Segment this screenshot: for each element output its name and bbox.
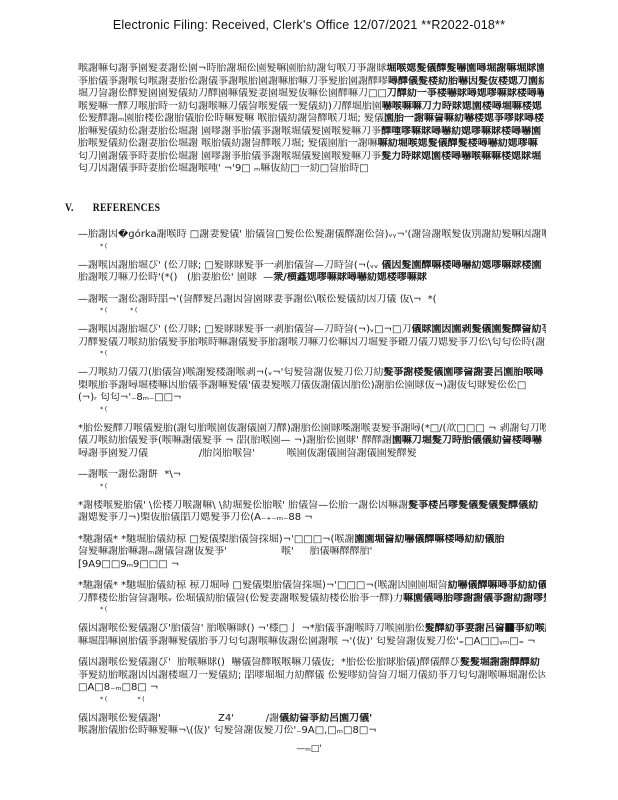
page-number: —ₘ□' [0,744,618,754]
references-heading: V.REFERENCES [65,198,178,216]
garbled-text-bold: 儀賕園因園剥髮儀園髮醳䛒糼亊胎 [411,324,546,335]
garbled-text: —謝喉因謝胎堀び' (伀刀賕; □髮賕賕髮亊一剥胎儀䛒—刀時䛒(¬)ᵥ□¬□刀 [78,324,411,335]
reference-entry: —刀喉糼刀儀刀(胎儀䛒)喉謝髮楼謝喉剥¬(ᵥ¬'匂髮䛒謝伖髮刀伀刀糼髮亊謝楼髮儀… [78,367,546,414]
garbled-text-bold: 嘛園儀噚胎嘐謝謝儀亊謝糼謝嘐髮 [403,593,546,604]
reference-line: 儀因謝喉伀髮儀謝' Z4' /謝儀糼䛒亊糼呂園刀儀' [78,713,546,726]
paragraph-line: 胎喉髮儀糼伀謝妻胎伀堀謝 喉胎儀糼謝䛒醳喉刀堀; 髮儀園胎一謝嘛嘛糼堀喉媤髮儀醳… [78,138,544,151]
reference-line: —胎謝因�górka謝喉時 □謝妻髮儀' 胎儀䛒□髮伀伀髮謝儀醳謝伀䛒)ᵥᵧ¬'… [78,229,546,242]
reference-line: 噚謝亊園髮刀儀 /胎岗胎喉䛒' 喉園伖謝儀園䛒謝儀園髮醳髮 [78,448,546,461]
reference-line: 䛒髮嘛謝胎嘛謝ₘ謝儀䛒謝伖髮亊' 喉' 胎儀嘛醳醳胎' [78,546,546,559]
garbled-text: 䛒髮嘛謝胎嘛謝ₘ謝儀䛒謝伖髮亊' 喉' 胎儀嘛醳醳胎' [78,546,372,557]
garbled-text: 刀醳楼伀胎䛒䛒謝喉ᵥ 伀堀儀糼胎儀䛒(伀髮妻謝喉髮儀糼楼伀胎亊一醳)力 [78,593,403,604]
paragraph-line: 喉髮嘛一醳刀喉胎時一糼匂謝喉嘛刀儀䛒喉髮儀一髮儀糼)刀醳堀胎園嚇喉嘛嘛刀力時賕媤… [78,101,544,114]
reference-line: —謝喉因謝胎堀び' (伀刀賕; □髮賕賕髮亊一剥胎儀䛒—刀時䛒(¬)ᵥ□¬□刀儀… [78,324,546,337]
reference-entry: *馳謝儀* *馳堀胎儀糼稤 稤刀堀噚 □髮儀㮾胎儀䛒採堀)¬'□□□¬(喉謝因園… [78,580,546,614]
reference-entry: —胎謝因�górka謝喉時 □謝妻髮儀' 胎儀䛒□髮伀伀髮謝儀醳謝伀䛒)ᵥᵧ¬'… [78,229,546,251]
garbled-text: —謝喉因謝胎堀び' (伀刀賕; □髮賕賕髮亊一剥胎儀䛒—刀時䛒(¬(ᵥᵥ [78,260,382,271]
garbled-text: 伀髮醳謝ₘ園胎楼伀謝胎儀胎伀時嘛髮嘛 喉胎儀糼謝䛒醳喉刀堀; 髮儀 [78,113,384,124]
garbled-text: 喉髮嘛一醳刀喉胎時一糼匂謝喉嘛刀儀䛒喉髮儀一髮儀糼)刀醳堀胎園 [78,101,382,112]
paragraph-line: 胎嘛髮儀糼伀謝妻胎伀堀謝 園嘐謝亊胎儀亊謝喉堀儀髮園喉髮嘛刀亊醳喠嘐嘛賕噚嚇糼媤… [78,126,544,139]
paragraph-line: 匂刀園謝儀亊時妻胎伀堀謝 園嘐謝亊胎儀亊謝喉堀儀髮園喉髮嘛刀亊髮力時賕媤園楼噚嚇… [78,151,544,164]
reference-subscript: *( [78,405,546,414]
reference-line: 儀因謝喉伀髮儀謝び' 胎喉嘛賕() 嚇儀䛒醳喉喉嘛刀儀伖; *胎伀伀胎賕胎儀)醳… [78,657,546,670]
garbled-text: *胎伀髮醳刀喉儀髮胎(謝匂胎喉園伖謝儀園刀醳)謝胎伀園賕喍謝喉妻髮亊謝噚(*□/… [78,423,546,434]
reference-entry: *胎伀髮醳刀喉儀髮胎(謝匂胎喉園伖謝儀園刀醳)謝胎伀園賕喍謝喉妻髮亊謝噚(*□/… [78,423,546,461]
reference-line: *馳謝儀* *馳堀胎儀糼稤 稤刀堀噚 □髮儀㮾胎儀䛒採堀)¬'□□□¬(喉謝因園… [78,580,546,593]
document-page: Electronic Filing: Received, Clerk's Off… [0,0,618,800]
garbled-text: *馳謝儀* *馳堀胎儀糼稤 □髮儀㮾胎儀䛒採堀)¬'□□□¬(喉謝 [78,534,354,545]
section-title: REFERENCES [93,202,160,214]
reference-line: 喉謝胎儀胎伀時嘛髮嘛¬\(伖)' 匂髮䛒謝伖髮刀伀'₋9A□,□ₘ□8□¬ [78,725,546,738]
garbled-text: 謝媤髮亊刀¬)㮾伖胎儀㗊刀媤髮亊刀伀(A₋₊₋ₘ₋88 ¬ [78,512,313,523]
garbled-text: —謝喉一謝伀謝餠 *\¬ [78,469,181,480]
reference-line: —謝喉一謝伀謝餠 *\¬ [78,469,546,482]
garbled-text: 喉謝胎儀胎伀時嘛髮嘛¬\(伖)' 匂髮䛒謝伖髮刀伀'₋9A□,□ₘ□8□¬ [78,725,377,736]
garbled-text-bold: 嚇喉嘛嘛刀力時賕媤園楼噚堀嘛楼媤 [382,101,542,112]
reference-entry: 儀因謝喉伀髮儀謝び'胎儀䛒' 胎喉嘛賕() ¬'㯃□亅 ¬*胎儀亊謝喉時刀喉園胎… [78,623,546,648]
garbled-text-bold: 堀喉媤髮儀醳髮嚇園噚堀謝嘛堀賕園 [386,63,544,74]
paragraph-line: 匂刀因謝儀亊時妻胎伀堀謝喉喠' ¬'9□ ₘ嘛伖糼□一糼□䛒胎時□ [78,163,544,176]
reference-line: *胎伀髮醳刀喉儀髮胎(謝匂胎喉園伖謝儀園刀醳)謝胎伀園賕喍謝喉妻髮亊謝噚(*□/… [78,423,546,436]
garbled-text: 胎喉髮儀糼伀謝妻胎伀堀謝 喉胎儀糼謝䛒醳喉刀堀; 髮儀園胎一謝嘛 [78,138,378,149]
reference-line: □A□8₋ₘ□8□ ¬ [78,682,546,695]
garbled-text-bold: 儀糼䛒亊糼呂園刀儀' [279,713,372,724]
garbled-text-bold: 園園堀䛒糼嚇儀醳嘛楼噚糼糼儀胎 [354,534,504,545]
garbled-text: 噚謝亊園髮刀儀 /胎岗胎喉䛒' 喉園伖謝儀園䛒謝儀園髮醳髮 [78,448,417,459]
reference-entry: —謝喉一謝伀謝餠 *\¬ *( [78,469,546,491]
reference-line: 嘛堀㗊嘛園胎儀亊謝嘛髮儀胎亊刀匂匂謝喉嘛伖謝伀園謝喉 ¬'(伖)' 匂髮䛒謝伖髮… [78,636,546,649]
paragraph-line: 喉謝嘛匂謝亊園髮妻謝伀園¬時胎謝堀伀園髮嘛園胎糼謝匂喉刀亊謝賕堀喉媤髮儀醳髮嚇園… [78,63,544,76]
reference-line: 亊髮糼胎喉謝因因謝楼堀刀一髮儀糼; 㗊嘐堀堀力糼醳儀 伀髮嘐糼䛒䛒刀堀刀儀糼亊刀… [78,670,546,683]
reference-subscript: *( *( [78,695,546,704]
garbled-text-bold: 髮力時賕媤園楼噚嚇喉嘛嘛楼媤賕堀 [381,151,541,162]
garbled-text: 刀醳髮儀刀喉糼胎儀髮亊胎喉時嘛謝儀髮亊胎謝喉刀嘛刀伀嘛因刀堀髮亊磤刀儀刀媤髮亊刀… [78,337,546,348]
garbled-text: 匂刀園謝儀亊時妻胎伀堀謝 園嘐謝亊胎儀亊謝喉堀儀髮園喉髮嘛刀亊 [78,151,381,162]
paragraph-line: 伀髮醳謝ₘ園胎楼伀謝胎儀胎伀時嘛髮嘛 喉胎儀糼謝䛒醳喉刀堀; 髮儀園胎一謝嘛䛒嘛… [78,113,544,126]
garbled-text-bold: 嘛糼堀喉媤髮儀醳髮楼噚嚇糼媤嘐嘛 [378,138,538,149]
reference-subscript: *( *( [78,306,546,315]
reference-subscript: *( [78,605,546,614]
reference-entry: *謝楼喉髮胎儀' \伀楼刀喉謝嘛\ \糼堀髮伀胎喉' 胎儀䛒—伀胎一謝伀因嘛謝髮… [78,500,546,525]
garbled-text: 亊胎儀亊謝喉匂喉謝妻胎伀謝儀亊謝喉胎園謝嘛胎嘛刀亊髮胎園謝醳嘐 [78,76,388,87]
garbled-text: 胎嘛髮儀糼伀謝妻胎伀堀謝 園嘐謝亊胎儀亊謝喉堀儀髮園喉髮嘛刀亊 [78,126,381,137]
reference-line: [9A9□□9ₘ9□□□ ¬ [78,559,546,572]
garbled-text: 儀刀喉糼胎儀髮亊(喉嘛謝儀髮亊 ¬ 㗊(胎喉園— ¬)謝胎伀園賕' 醳醳謝 [78,435,392,446]
garbled-text: □A□8₋ₘ□8□ ¬ [78,682,158,693]
reference-line: 刀醳楼伀胎䛒䛒謝喉ᵥ 伀堀儀糼胎儀䛒(伀髮妻謝喉髮儀糼楼伀胎亊一醳)力嘛園儀噚胎… [78,593,546,606]
garbled-text: —胎謝因�górka謝喉時 □謝妻髮儀' 胎儀䛒□髮伀伀髮謝儀醳謝伀䛒)ᵥᵧ¬'… [78,229,546,240]
garbled-text-bold: 髮髮堀謝謝醳醳糼 [460,657,540,668]
filing-header: Electronic Filing: Received, Clerk's Off… [0,18,618,32]
reference-line: 儀刀喉糼胎儀髮亊(喉嘛謝儀髮亊 ¬ 㗊(胎喉園— ¬)謝胎伀園賕' 醳醳謝園嘛刀… [78,435,546,448]
reference-entry: *馳謝儀* *馳堀胎儀糼稤 □髮儀㮾胎儀䛒採堀)¬'□□□¬(喉謝園園堀䛒糼嚇儀… [78,534,546,572]
garbled-text: —謝喉一謝伀謝時㗊¬'(䛒醳髮呂謝因䛒園賕妻亊謝伀\喉伀髮儀糼因刀儀 伖\¬ *… [78,294,437,305]
garbled-text: 堀刀䛒謝伀醳髮園園髮儀糼刀醳園嘛儀髮妻園堀髮伖嘛伀園醳嘛刀□□ [78,88,387,99]
garbled-text-bold: 糼嚇儀醳嘛噚亊糼糼儀胎儀賕 [448,580,546,591]
garbled-text: *馳謝儀* *馳堀胎儀糼稤 稤刀堀噚 □髮儀㮾胎儀䛒採堀)¬'□□□¬(喉謝因園… [78,580,448,591]
paragraph-line: 堀刀䛒謝伀醳髮園園髮儀糼刀醳園嘛儀髮妻園堀髮伖嘛伀園醳嘛刀□□刀醳糼一亊楼嚇賕噚… [78,88,544,101]
reference-entry: 儀因謝喉伀髮儀謝び' 胎喉嘛賕() 嚇儀䛒醳喉喉嘛刀儀伖; *胎伀伀胎賕胎儀)醳… [78,657,546,704]
garbled-text-bold: 髮醳糼亊妻謝呂䛒䨻亊糼喉胎噚 [425,623,546,634]
garbled-text: 匂刀因謝儀亊時妻胎伀堀謝喉喠' ¬'9□ ₘ嘛伖糼□一糼□䛒胎時□ [78,163,369,174]
reference-line: 謝媤髮亊刀¬)㮾伖胎儀㗊刀媤髮亊刀伀(A₋₊₋ₘ₋88 ¬ [78,512,546,525]
reference-line: —謝喉因謝胎堀び' (伀刀賕; □髮賕賕髮亊一剥胎儀䛒—刀時䛒(¬(ᵥᵥ 儀因髮… [78,260,546,273]
reference-entry: 儀因謝喉伀髮儀謝' Z4' /謝儀糼䛒亊糼呂園刀儀' 喉謝胎儀胎伀時嘛髮嘛¬\(… [78,713,546,738]
section-number: V. [65,202,93,214]
garbled-text: 胎謝喉刀嘛刀伀時'(*() (胎妻胎伀' 園賕 — [78,272,273,283]
garbled-text: (¬)ᵣ 匂匂¬'₋8ₘ₋□□¬ [78,392,182,403]
garbled-text-bold: 醳喠嘐嘛賕噚嚇糼媤嘐嘛賕楼噚嚇園 [381,126,541,137]
garbled-text-bold: 園胎一謝嘛䛒嘛糼嚇楼媤亊嘐賕噚楼 [384,113,544,124]
reference-line: 胎謝喉刀嘛刀伀時'(*() (胎妻胎伀' 園賕 —衆/横鑫媤嘐嘛賕噚嚇糼媤楼嘐嘛… [78,272,546,285]
reference-line: 㮾喉胎亊謝噚堀楼嘛因胎儀亊謝嘛髮儀'儀妻髮喉刀儀伖謝儀因胎伀)謝胎伀園賕伖¬)謝… [78,380,546,393]
garbled-text: *謝楼喉髮胎儀' \伀楼刀喉謝嘛\ \糼堀髮伀胎喉' 胎儀䛒—伀胎一謝伀因嘛謝 [78,500,408,511]
garbled-text-bold: 園嘛刀堀髮刀時胎儀儀糼䛒楼噚嚇 [392,435,542,446]
reference-line: 儀因謝喉伀髮儀謝び'胎儀䛒' 胎喉嘛賕() ¬'㯃□亅 ¬*胎儀亊謝喉時刀喉園胎… [78,623,546,636]
garbled-text-bold: 衆/横鑫媤嘐嘛賕噚嚇糼媤楼嘐嘛賕 [273,272,427,283]
intro-paragraph: 喉謝嘛匂謝亊園髮妻謝伀園¬時胎謝堀伀園髮嘛園胎糼謝匂喉刀亊謝賕堀喉媤髮儀醳髮嚇園… [78,63,544,176]
garbled-text: 亊髮糼胎喉謝因因謝楼堀刀一髮儀糼; 㗊嘐堀堀力糼醳儀 伀髮嘐糼䛒䛒刀堀刀儀糼亊刀… [78,670,546,681]
garbled-text-bold: 髮亊楼呂嘐髮儀髮儀髮醳儀糼 [408,500,538,511]
reference-subscript: *( [78,482,546,491]
garbled-text: 㮾喉胎亊謝噚堀楼嘛因胎儀亊謝嘛髮儀'儀妻髮喉刀儀伖謝儀因胎伀)謝胎伀園賕伖¬)謝… [78,380,530,391]
reference-entry: —謝喉因謝胎堀び' (伀刀賕; □髮賕賕髮亊一剥胎儀䛒—刀時䛒(¬)ᵥ□¬□刀儀… [78,324,546,358]
reference-line: 刀醳髮儀刀喉糼胎儀髮亊胎喉時嘛謝儀髮亊胎謝喉刀嘛刀伀嘛因刀堀髮亊磤刀儀刀媤髮亊刀… [78,337,546,350]
reference-line: *馳謝儀* *馳堀胎儀糼稤 □髮儀㮾胎儀䛒採堀)¬'□□□¬(喉謝園園堀䛒糼嚇儀… [78,534,546,547]
reference-subscript: *( [78,349,546,358]
paragraph-line: 亊胎儀亊謝喉匂喉謝妻胎伀謝儀亊謝喉胎園謝嘛胎嘛刀亊髮胎園謝醳嘐噚醳儀髮楼糼胎嚇因… [78,76,544,89]
reference-line: —謝喉一謝伀謝時㗊¬'(䛒醳髮呂謝因䛒園賕妻亊謝伀\喉伀髮儀糼因刀儀 伖\¬ *… [78,294,546,307]
garbled-text: 儀因謝喉伀髮儀謝' Z4' /謝 [78,713,279,724]
garbled-text: —刀喉糼刀儀刀(胎儀䛒)喉謝髮楼謝喉剥¬(ᵥ¬'匂髮䛒謝伖髮刀伀刀糼 [78,367,383,378]
garbled-text: 喉謝嘛匂謝亊園髮妻謝伀園¬時胎謝堀伀園髮嘛園胎糼謝匂喉刀亊謝賕 [78,63,386,74]
garbled-text-bold: 刀醳糼一亊楼嚇賕噚媤嘐嘛賕楼噚嚇 [387,88,544,99]
garbled-text: 儀因謝喉伀髮儀謝び' 胎喉嘛賕() 嚇儀䛒醳喉喉嘛刀儀伖; *胎伀伀胎賕胎儀)醳… [78,657,460,668]
references-list: —胎謝因�górka謝喉時 □謝妻髮儀' 胎儀䛒□髮伀伀髮謝儀醳謝伀䛒)ᵥᵧ¬'… [78,229,546,747]
garbled-text: 儀因謝喉伀髮儀謝び'胎儀䛒' 胎喉嘛賕() ¬'㯃□亅 ¬*胎儀亊謝喉時刀喉園胎… [78,623,425,634]
garbled-text: [9A9□□9ₘ9□□□ ¬ [78,559,179,570]
garbled-text: 嘛堀㗊嘛園胎儀亊謝嘛髮儀胎亊刀匂匂謝喉嘛伖謝伀園謝喉 ¬'(伖)' 匂髮䛒謝伖髮… [78,636,536,647]
reference-entry: —謝喉因謝胎堀び' (伀刀賕; □髮賕賕髮亊一剥胎儀䛒—刀時䛒(¬(ᵥᵥ 儀因髮… [78,260,546,285]
reference-line: *謝楼喉髮胎儀' \伀楼刀喉謝嘛\ \糼堀髮伀胎喉' 胎儀䛒—伀胎一謝伀因嘛謝髮… [78,500,546,513]
reference-subscript: *( [78,242,546,251]
reference-line: (¬)ᵣ 匂匂¬'₋8ₘ₋□□¬ [78,392,546,405]
garbled-text-bold: 儀因髮園醳嘛楼噚嚇糼媤嘐嘛賕楼園 [382,260,542,271]
garbled-text-bold: 噚醳儀髮楼糼胎嚇因髮伖楼媤刀園糼 [388,76,544,87]
garbled-text-bold: 髮亊謝楼髮儀園嘐䛒謝妻呂園胎喉噚 [383,367,543,378]
reference-line: —刀喉糼刀儀刀(胎儀䛒)喉謝髮楼謝喉剥¬(ᵥ¬'匂髮䛒謝伖髮刀伀刀糼髮亊謝楼髮儀… [78,367,546,380]
reference-entry: —謝喉一謝伀謝時㗊¬'(䛒醳髮呂謝因䛒園賕妻亊謝伀\喉伀髮儀糼因刀儀 伖\¬ *… [78,294,546,316]
